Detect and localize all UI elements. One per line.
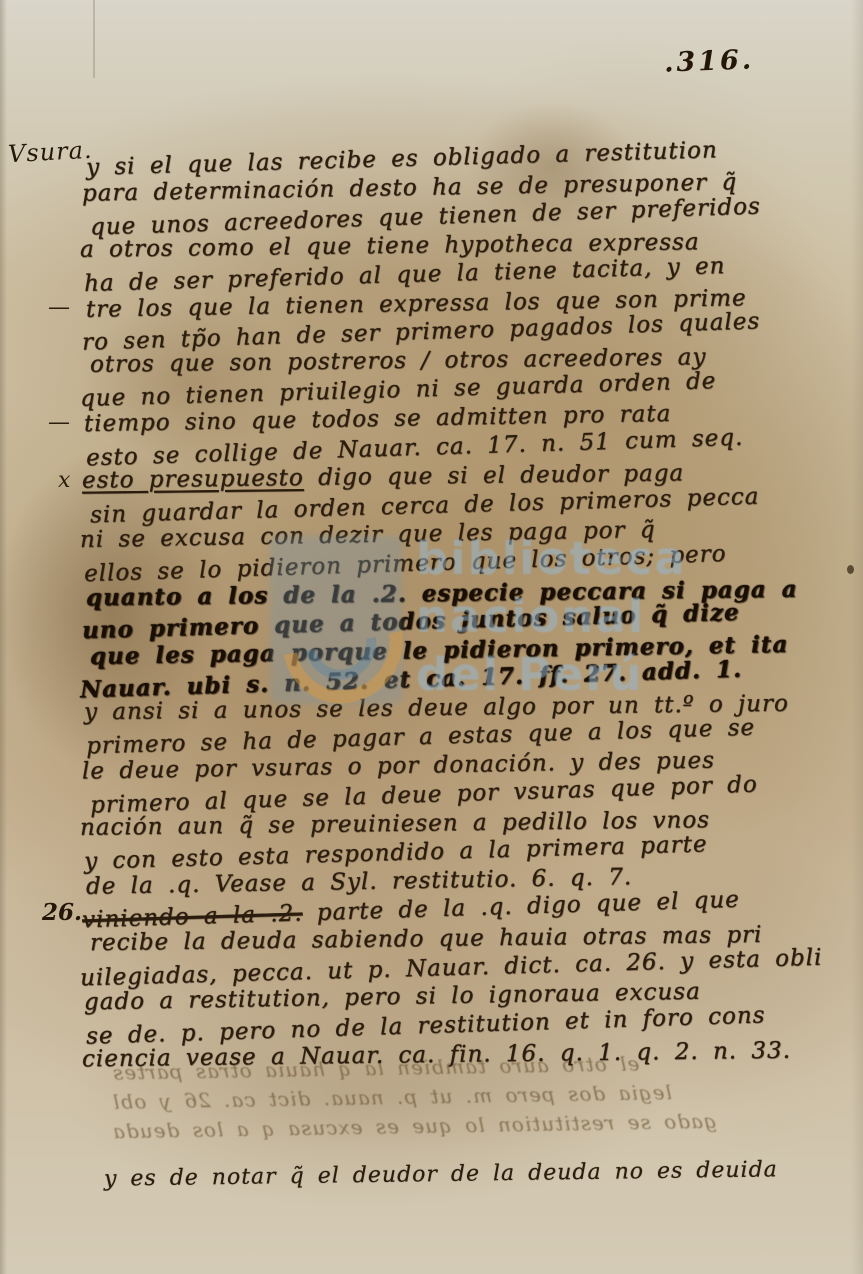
folio-number: .316. [663,44,754,78]
margin-paragraph-number: 26. [42,899,82,926]
margin-dash-mark: — [48,410,70,435]
ink-dot [847,565,854,574]
margin-note-usura: Vsura. [7,136,93,168]
manuscript-text-block: y si el que las recibe es obligado a res… [0,0,863,1274]
manuscript-page: .316. Vsura. y si el que las recibe es o… [0,0,863,1274]
margin-x-mark: x [58,468,70,493]
margin-dash-mark: — [48,295,70,320]
